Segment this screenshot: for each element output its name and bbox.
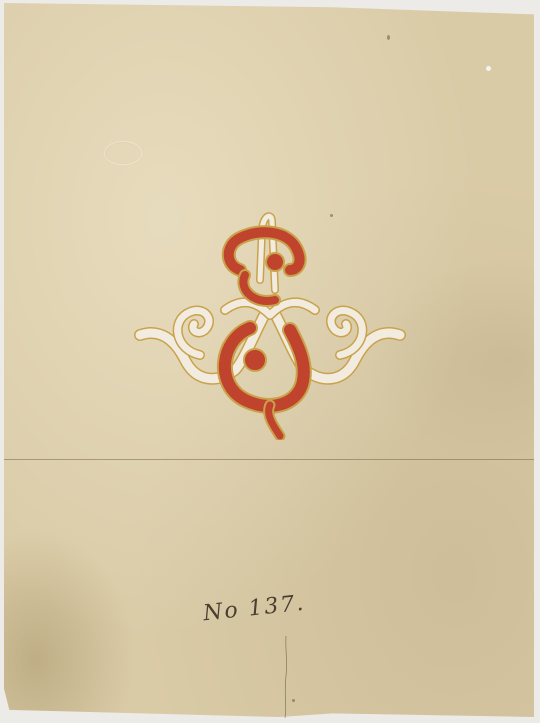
paper-tear [283,636,289,718]
foxing-spot [292,699,295,702]
foxing-spot [387,35,390,40]
pin-hole [486,66,491,71]
monogram-illustration [130,200,410,440]
fold-line [4,459,534,460]
embossed-stamp [104,141,142,165]
